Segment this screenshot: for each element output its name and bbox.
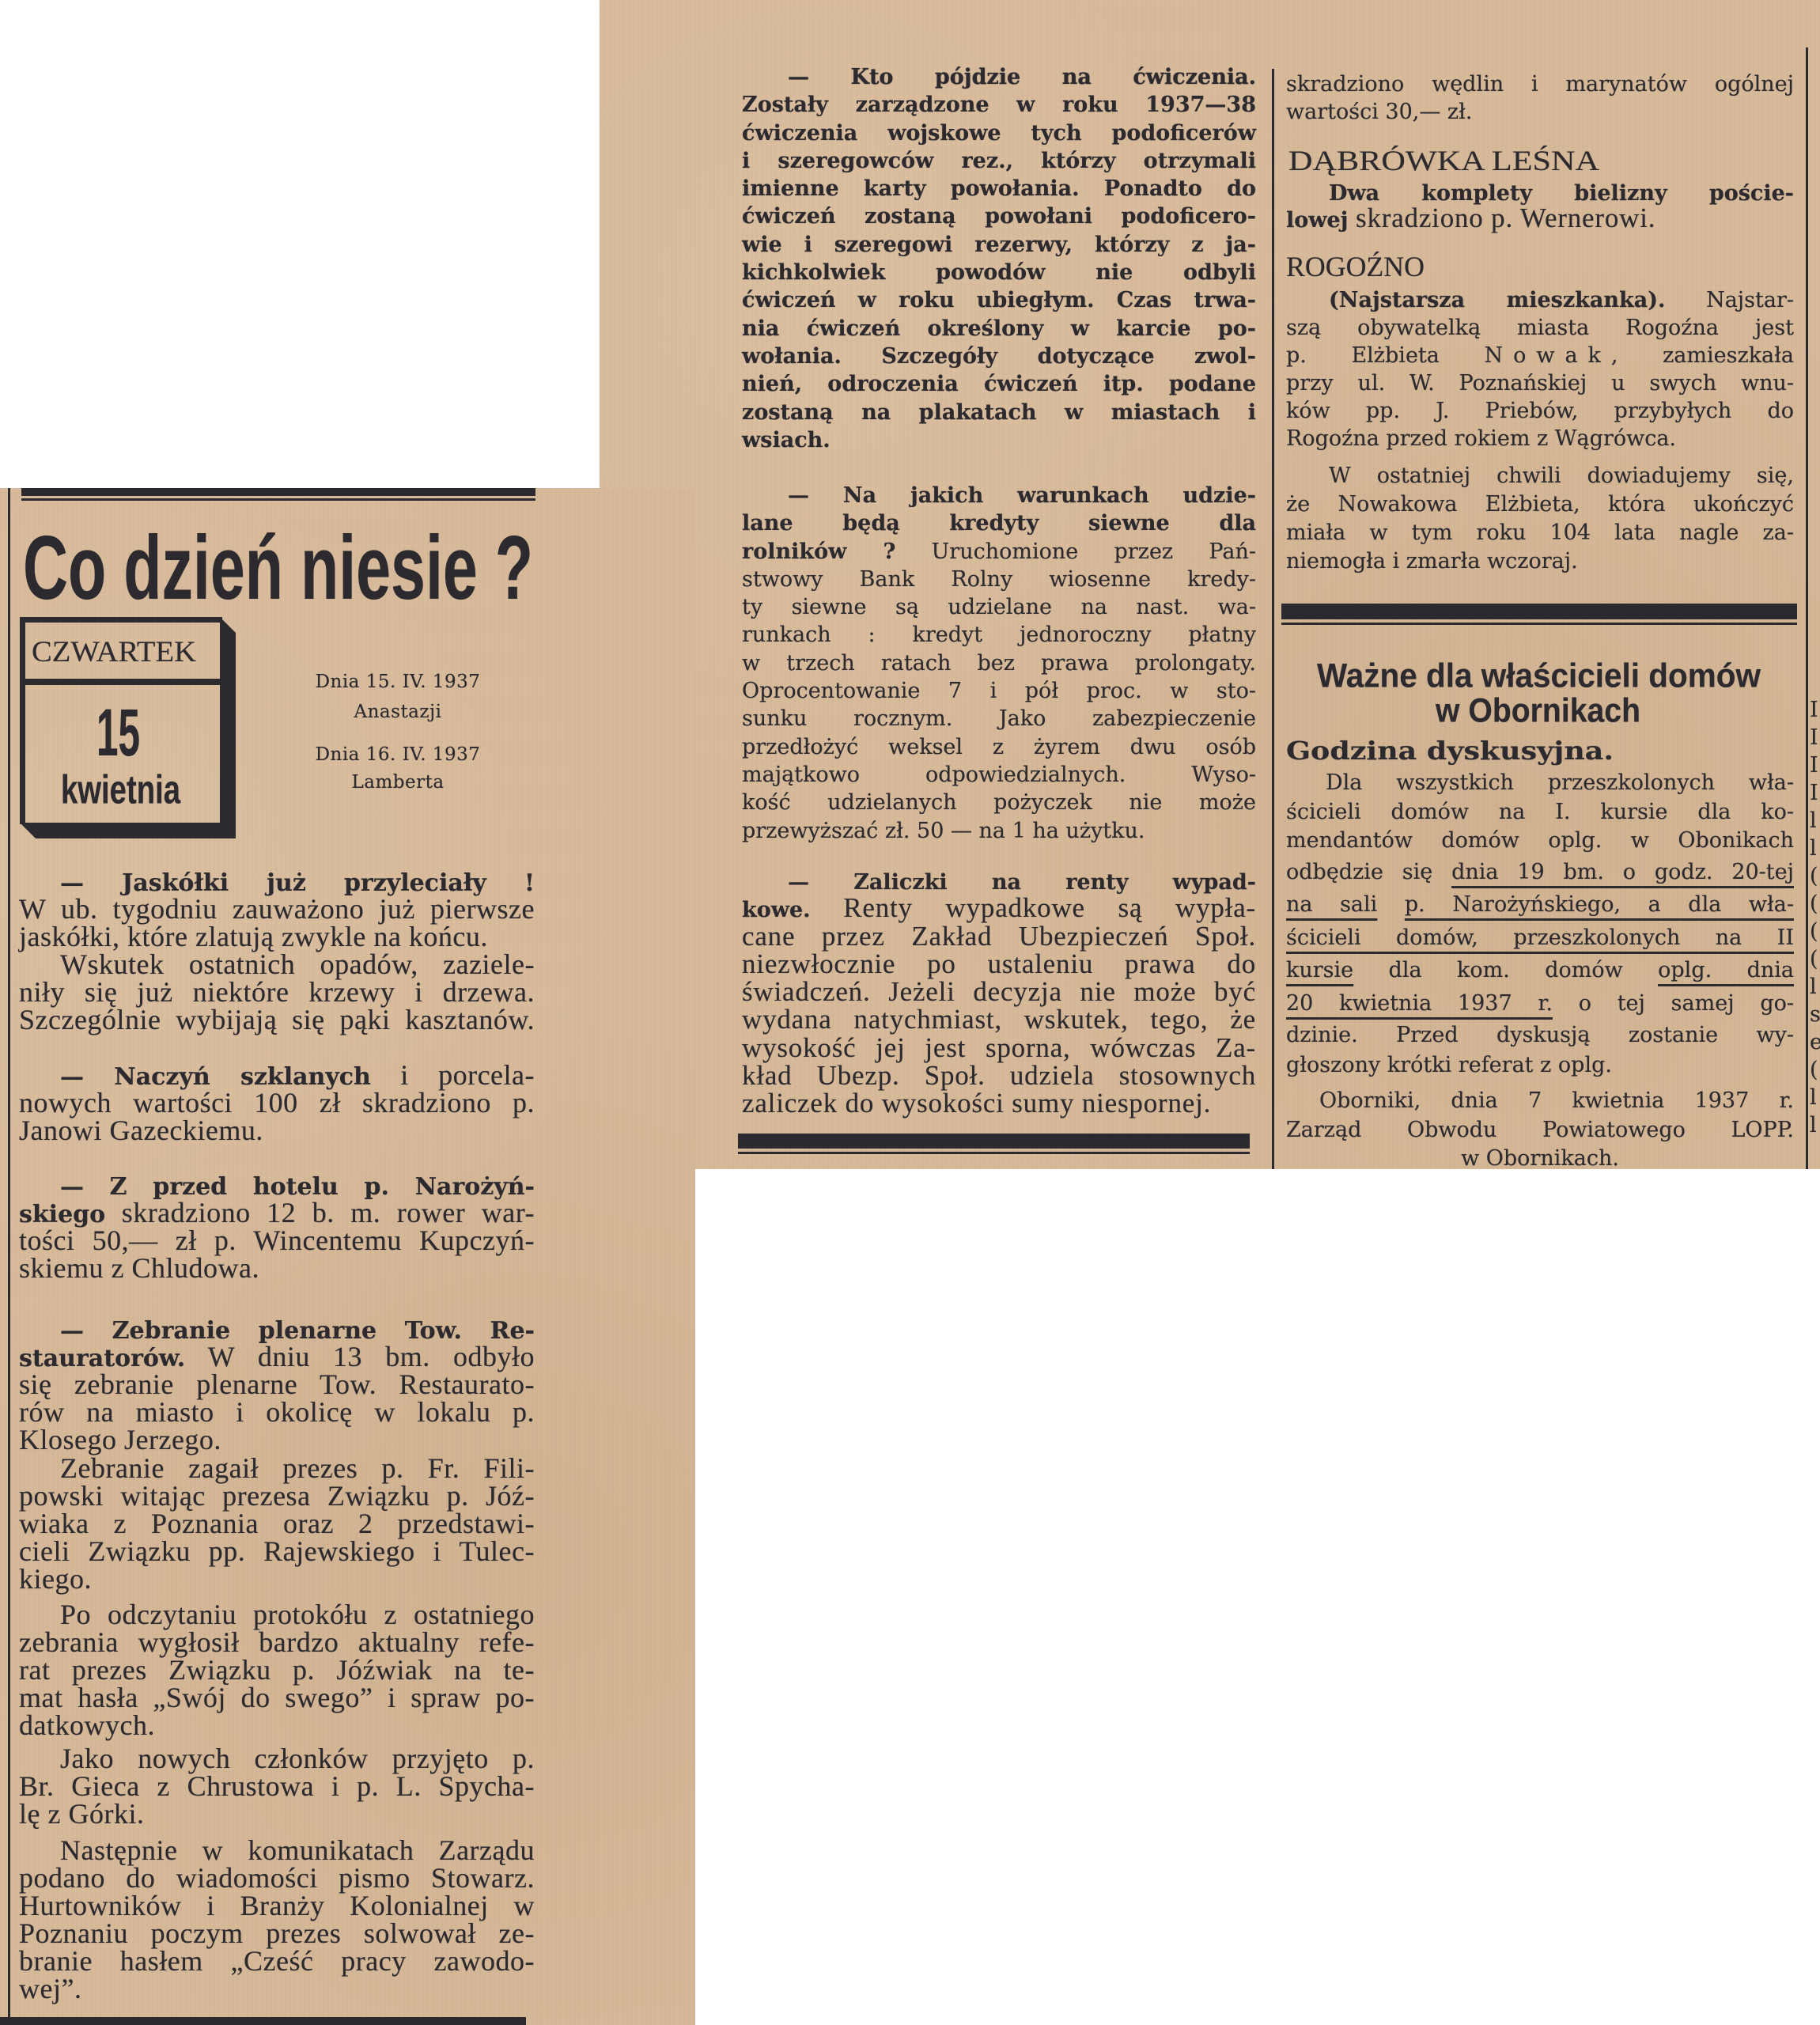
text-line: szą obywatelką miasta Rogoźna jest: [1286, 314, 1794, 342]
text-line: Zarząd Obwodu Powiatowego LOPP.: [1286, 1116, 1794, 1145]
calendar-frame-bottom: [20, 823, 236, 838]
nameday-patron: Lamberta: [301, 770, 495, 795]
text-line: stwowy Bank Rolny wiosenne kredy-: [742, 566, 1256, 593]
next-column-fragment: IIIIll((((lse(ll: [1810, 696, 1820, 1139]
text-line: Dwa komplety bielizny poście-: [1286, 178, 1794, 205]
text-line: Oprocentowanie 7 i pół proc. w sto-: [742, 677, 1256, 705]
article-paragraph: — Zebranie plenarne Tow. Re-stauratorów.…: [19, 1315, 535, 1454]
text-line: skiego skradziono 12 b. m. rower war-: [19, 1199, 535, 1227]
text-line: Dla wszystkich przeszkolonych wła-: [1286, 769, 1794, 798]
notice-title-line: w Obornikach: [1436, 694, 1640, 728]
text-line: nowych wartości 100 zł skradziono p.: [19, 1089, 535, 1117]
section-title: Co dzień niesie ?: [23, 523, 533, 602]
text-line: — Na jakich warunkach udzie-: [742, 482, 1256, 509]
text-line: w trzech ratach bez prawa prolongaty.: [742, 649, 1256, 677]
notice-subtitle: Godzina dyskusyjna.: [1286, 738, 1614, 763]
text-line: ty siewne są udzielane na nast. wa-: [742, 593, 1256, 621]
text-line: niezwłocznie po ustaleniu prawa do: [742, 950, 1256, 978]
text-line: Janowi Gazeckiemu.: [19, 1117, 535, 1145]
calendar-weekday: CZWARTEK: [32, 638, 196, 667]
blank-area-bottom-right: [695, 1169, 1820, 2025]
text-line: miała w tym roku 104 lata nagle za-: [1286, 519, 1794, 547]
text-line: Poznaniu poczym prezes solwował ze-: [19, 1920, 535, 1947]
article-paragraph: — Jaskółki już przyleciały !W ub. tygodn…: [19, 868, 535, 951]
text-line: stauratorów. W dniu 13 bm. odbyło: [19, 1343, 535, 1371]
text-line: wołania. Szczegóły dotyczące zwol-: [742, 343, 1256, 370]
text-line: skiemu z Chludowa.: [19, 1255, 535, 1282]
text-line: rolników ? Uruchomione przez Pań-: [742, 538, 1256, 566]
calendar-frame-right: [220, 617, 236, 838]
text-line: ćwiczeń zostaną powołani podoficero-: [742, 202, 1256, 230]
article-paragraph: Następnie w komunikatach Zarządupodano d…: [19, 1837, 535, 2003]
article-paragraph: Jako nowych członków przyjęto p.Br. Giec…: [19, 1745, 535, 1828]
text-line: niły się już niektóre krzewy i drzewa.: [19, 978, 535, 1006]
text-line: majątkowo odpowiedzialnych. Wyso-: [742, 761, 1256, 789]
text-line: lowej skradziono p. Wernerowi.: [1286, 205, 1794, 232]
text-line: e: [1810, 1028, 1820, 1056]
text-line: l: [1810, 835, 1820, 862]
text-line: głoszony krótki referat z oplg.: [1286, 1051, 1794, 1079]
text-line: przedłożyć weksel z żyrem dwu osób: [742, 733, 1256, 761]
article-paragraph: Po odczytaniu protokółu z ostatniegozebr…: [19, 1601, 535, 1739]
text-line: Zostały zarządzone w roku 1937—38: [742, 91, 1256, 119]
text-line: — Zaliczki na renty wypad-: [742, 866, 1256, 894]
text-line: I: [1810, 779, 1820, 807]
text-line: wie i szeregowi rezerwy, którzy z ja-: [742, 231, 1256, 259]
text-line: Wskutek ostatnich opadów, zaziele-: [19, 951, 535, 978]
column-rule-thick: [1281, 604, 1797, 619]
text-line: na sali p. Narożyńskiego, a dla wła-: [1286, 888, 1794, 922]
text-line: wej”.: [19, 1975, 535, 2003]
article-paragraph: W ostatniej chwili dowiadujemy się,że No…: [1286, 462, 1794, 576]
column-rule-thin: [21, 498, 535, 501]
notice-title-line: Ważne dla właścicieli domów: [1317, 659, 1761, 693]
text-line: Rogoźna przed rokiem z Wągrówca.: [1286, 425, 1794, 452]
text-line: jaskółki, które zlatują zwykle na końcu.: [19, 923, 535, 951]
text-line: kład Ubezp. Społ. udziela stosownych: [742, 1062, 1256, 1089]
calendar-weekday-text: CZWARTEK: [32, 638, 196, 667]
text-line: Klosego Jerzego.: [19, 1426, 535, 1454]
column-rule-thick: [21, 488, 535, 496]
text-line: wydana natychmiast, wskutek, tego, że: [742, 1005, 1256, 1033]
article-paragraph: — Kto pójdzie na ćwiczenia.Zostały zarzą…: [742, 63, 1256, 454]
text-line: I: [1810, 696, 1820, 724]
text-line: Po odczytaniu protokółu z ostatniego: [19, 1601, 535, 1629]
text-line: — Jaskółki już przyleciały !: [19, 868, 535, 895]
calendar-divider: [25, 679, 220, 685]
place-heading-text: DĄBRÓWKA LEŚNA: [1288, 146, 1599, 175]
text-line: (: [1810, 918, 1820, 945]
text-line: zostaną na plakatach w miastach i: [742, 399, 1256, 426]
text-line: ćwiczeń w roku ubiegłym. Czas trwa-: [742, 286, 1256, 314]
text-line: p. Elżbieta Nowak, zamieszkała: [1286, 342, 1794, 369]
text-line: sunku rocznym. Jako zabezpieczenie: [742, 705, 1256, 732]
text-line: lane będą kredyty siewne dla: [742, 509, 1256, 537]
text-line: rat prezes Związku p. Jóźwiak na te-: [19, 1656, 535, 1684]
column-separator: [1272, 69, 1274, 1169]
text-line: się zebranie plenarne Tow. Restaurato-: [19, 1371, 535, 1399]
column-rule-thick: [0, 2017, 526, 2025]
text-line: wsiach.: [742, 426, 1256, 454]
text-line: wysokość jej jest sporna, wówczas Za-: [742, 1034, 1256, 1062]
text-line: — Naczyń szklanych i porcela-: [19, 1062, 535, 1089]
article-paragraph: (Najstarsza mieszkanka). Najstar-szą oby…: [1286, 286, 1794, 452]
text-line: branie hasłem „Cześć pracy zawodo-: [19, 1947, 535, 1975]
article-paragraph: — Z przed hotelu p. Narożyń-skiego skrad…: [19, 1171, 535, 1282]
text-line: W ub. tygodniu zauważono już pierwsze: [19, 895, 535, 923]
article-paragraph: Dwa komplety bielizny poście-lowej skrad…: [1286, 178, 1794, 232]
column-rule-thin: [1281, 623, 1797, 625]
text-line: dzinie. Przed dyskusją zostanie wy-: [1286, 1020, 1794, 1051]
text-line: zaliczek do wysokości sumy niespornej.: [742, 1089, 1256, 1117]
text-line: wartości 30,— zł.: [1286, 98, 1794, 126]
text-line: runkach : kredyt jednoroczny płatny: [742, 621, 1256, 649]
place-heading: ROGOŹNO: [1286, 252, 1425, 281]
article-paragraph: Zebranie zagaił prezes p. Fr. Fili-powsk…: [19, 1455, 535, 1593]
text-line: (Najstarsza mieszkanka). Najstar-: [1286, 286, 1794, 314]
text-line: cieli Związku pp. Rajewskiego i Tulec-: [19, 1538, 535, 1565]
notice-body: Dla wszystkich przeszkolonych wła-ścicie…: [1286, 769, 1794, 1079]
text-line: przewyższać zł. 50 — na 1 ha użytku.: [742, 817, 1256, 845]
text-line: l: [1810, 807, 1820, 835]
notice-title: w Obornikach: [1436, 694, 1640, 725]
text-line: tości 50,— zł p. Wincentemu Kupczyń-: [19, 1227, 535, 1255]
text-line: l: [1810, 1084, 1820, 1111]
place-heading: DĄBRÓWKA LEŚNA: [1288, 146, 1599, 175]
text-line: skradziono wędlin i marynatów ogólnej: [1286, 70, 1794, 98]
notice-signature: Oborniki, dnia 7 kwietnia 1937 r.Zarząd …: [1286, 1087, 1794, 1174]
section-title-text: Co dzień niesie ?: [23, 523, 533, 613]
calendar-frame-left: [20, 617, 25, 824]
text-line: ścicieli domów na I. kursie dla ko-: [1286, 798, 1794, 827]
text-line: ćwiczenia wojskowe tych podoficerów: [742, 119, 1256, 147]
left-column-border: [8, 488, 10, 2025]
calendar-day: 15: [96, 699, 140, 755]
text-line: — Zebranie plenarne Tow. Re-: [19, 1315, 535, 1343]
text-line: ków pp. J. Priebów, przybyłych do: [1286, 397, 1794, 425]
text-line: I: [1810, 751, 1820, 779]
text-line: Jako nowych członków przyjęto p.: [19, 1745, 535, 1773]
text-line: Oborniki, dnia 7 kwietnia 1937 r.: [1286, 1087, 1794, 1116]
text-line: — Z przed hotelu p. Narożyń-: [19, 1171, 535, 1199]
text-line: (: [1810, 1056, 1820, 1084]
text-line: powski witając prezesa Związku p. Jóź-: [19, 1482, 535, 1510]
text-line: kość udzielanych pożyczek nie może: [742, 789, 1256, 816]
text-line: podano do wiadomości pismo Stowarz.: [19, 1864, 535, 1892]
text-line: Szczególnie wybijają się pąki kasztanów.: [19, 1006, 535, 1034]
column-rule-thick: [738, 1134, 1250, 1149]
text-line: I: [1810, 724, 1820, 751]
text-line: Następnie w komunikatach Zarządu: [19, 1837, 535, 1864]
article-paragraph: — Zaliczki na renty wypad-kowe. Renty wy…: [742, 866, 1256, 1118]
text-line: kiego.: [19, 1565, 535, 1593]
text-line: ścicieli domów, przeszkolonych na II: [1286, 922, 1794, 955]
calendar-frame-top: [20, 617, 222, 623]
text-line: Zebranie zagaił prezes p. Fr. Fili-: [19, 1455, 535, 1482]
text-line: świadczeń. Jeżeli decyzja nie może być: [742, 978, 1256, 1005]
text-line: kursie dla kom. domów oplg. dnia: [1286, 954, 1794, 987]
text-line: imienne karty powołania. Ponadto do: [742, 175, 1256, 202]
text-line: odbędzie się dnia 19 bm. o godz. 20-tej: [1286, 856, 1794, 889]
text-line: kowe. Renty wypadkowe są wypła-: [742, 894, 1256, 922]
text-line: cane przez Zakład Ubezpieczeń Społ.: [742, 922, 1256, 950]
article-paragraph: Wskutek ostatnich opadów, zaziele-niły s…: [19, 951, 535, 1034]
text-line: niemogła i zmarła wczoraj.: [1286, 547, 1794, 576]
text-line: kichkolwiek powodów nie odbyli: [742, 259, 1256, 286]
article-paragraph: — Naczyń szklanych i porcela-nowych wart…: [19, 1062, 535, 1145]
text-line: mendantów domów oplg. w Obonikach: [1286, 827, 1794, 856]
page-border-right: [1806, 47, 1808, 1169]
text-line: mat hasła „Swój do swego” i spraw po-: [19, 1684, 535, 1712]
text-line: że Nowakowa Elżbieta, która ukończyć: [1286, 490, 1794, 519]
text-line: — Kto pójdzie na ćwiczenia.: [742, 63, 1256, 91]
text-line: nień, odroczenia ćwiczeń itp. podane: [742, 370, 1256, 398]
notice-subtitle-text: Godzina dyskusyjna.: [1286, 738, 1614, 763]
calendar-month-text: kwietnia: [61, 770, 180, 811]
calendar-month: kwietnia: [61, 770, 180, 805]
text-line: przy ul. W. Poznańskiej u swych wnu-: [1286, 369, 1794, 397]
text-line: s: [1810, 1001, 1820, 1028]
nameday-date: Dnia 16. IV. 1937: [301, 742, 495, 767]
nameday-patron: Anastazji: [301, 699, 495, 725]
text-line: (: [1810, 945, 1820, 973]
text-line: l: [1810, 973, 1820, 1001]
article-paragraph: — Na jakich warunkach udzie-lane będą kr…: [742, 482, 1256, 845]
text-line: l: [1810, 1111, 1820, 1139]
column-rule-thin: [738, 1152, 1250, 1154]
blank-area-top-left: [0, 0, 600, 488]
text-line: (: [1810, 862, 1820, 890]
calendar-day-text: 15: [96, 699, 140, 766]
text-line: rów na miasto i okolicę w lokalu p.: [19, 1399, 535, 1426]
text-line: Br. Gieca z Chrustowa i p. L. Spycha-: [19, 1773, 535, 1800]
place-heading-text: ROGOŹNO: [1286, 252, 1425, 281]
text-line: Hurtowników i Branży Kolonialnej w: [19, 1892, 535, 1920]
text-line: nia ćwiczeń określony w karcie po-: [742, 315, 1256, 343]
text-line: W ostatniej chwili dowiadujemy się,: [1286, 462, 1794, 490]
text-line: zebrania wygłosił bardzo aktualny refe-: [19, 1629, 535, 1656]
nameday-date: Dnia 15. IV. 1937: [301, 669, 495, 695]
text-line: (: [1810, 890, 1820, 918]
text-line: wiaka z Poznania oraz 2 przedstawi-: [19, 1510, 535, 1538]
text-line: datkowych.: [19, 1712, 535, 1739]
text-line: lę z Górki.: [19, 1800, 535, 1828]
text-line: 20 kwietnia 1937 r. o tej samej go-: [1286, 987, 1794, 1020]
article-paragraph: skradziono wędlin i marynatów ogólnejwar…: [1286, 70, 1794, 126]
text-line: i szeregowców rez., którzy otrzymali: [742, 147, 1256, 175]
notice-title: Ważne dla właścicieli domów: [1317, 659, 1761, 691]
